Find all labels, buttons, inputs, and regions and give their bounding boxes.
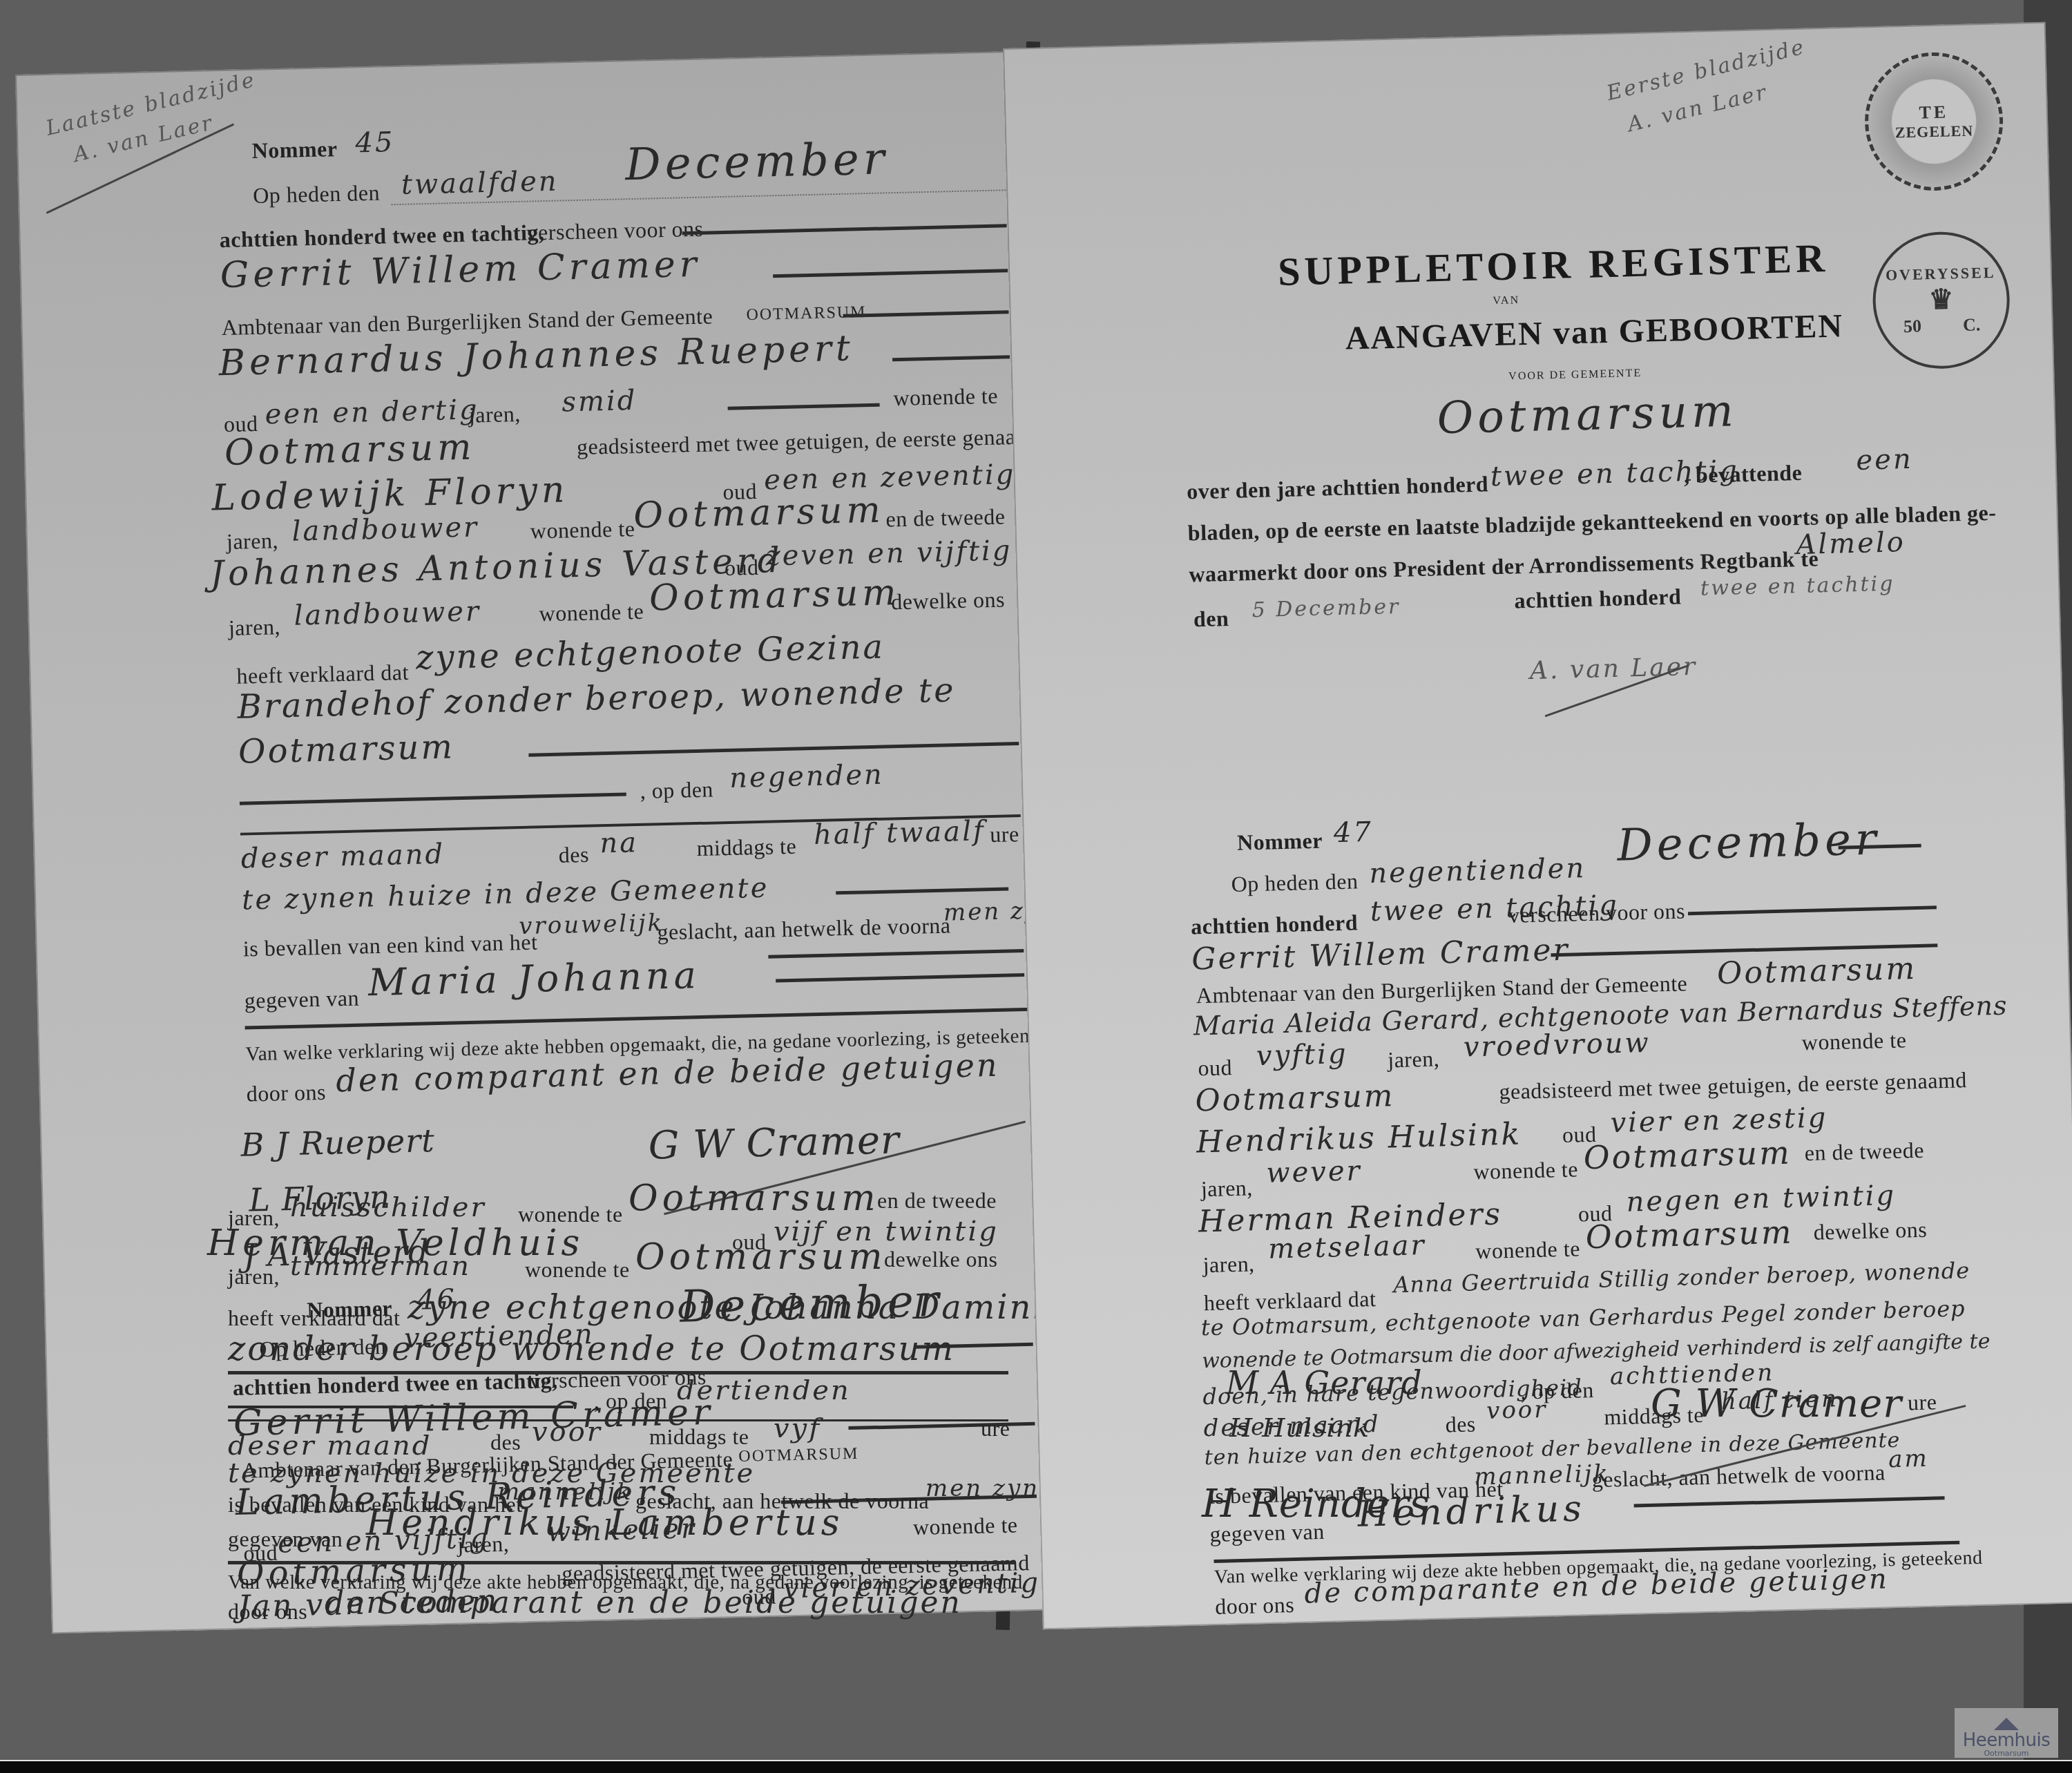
entry-46: Nommer 46 Op heden den veertienden Decem… bbox=[15, 50, 1037, 75]
seal-text-1: TE bbox=[1919, 102, 1948, 123]
gegeven-label: gegeven van bbox=[228, 1526, 343, 1552]
witness2-age: negen en twintig bbox=[1626, 1180, 1897, 1218]
fill-rule bbox=[728, 403, 880, 410]
witness1-residence: Ootmarsum bbox=[629, 1178, 880, 1219]
wonende-label: wonende te bbox=[525, 1257, 630, 1283]
jaren-label: jaren, bbox=[229, 614, 281, 641]
watermark-name: Heemhuis bbox=[1963, 1732, 2051, 1750]
door-ons-label: door ons bbox=[1215, 1592, 1295, 1620]
voornamen-suffix: am bbox=[1888, 1445, 1930, 1473]
register-title: SUPPLETOIR REGISTER bbox=[1277, 235, 1829, 295]
am-pm: voor bbox=[1486, 1396, 1548, 1425]
tax-stamp-value: 50 bbox=[1903, 316, 1922, 337]
mother-line-1: zyne echtgenoote Johanna Damink bbox=[407, 1288, 1055, 1327]
section-rule bbox=[228, 1561, 1015, 1564]
entry-47: Nommer 47 Op heden den negentienden Dece… bbox=[1003, 22, 2046, 48]
mother-line-1: zyne echtgenoote Gezina bbox=[415, 628, 885, 678]
child-name: Hendrikus Lambertus bbox=[366, 1502, 843, 1544]
heemhuis-watermark: Heemhuis Ootmarsum bbox=[1955, 1708, 2058, 1758]
van-label: VAN bbox=[1493, 294, 1519, 307]
birth-day: dertienden bbox=[677, 1374, 851, 1406]
official-name: Gerrit Willem Cramer bbox=[1191, 932, 1570, 977]
entry-number: 45 bbox=[355, 126, 395, 159]
bevattende-label: , bevattende bbox=[1684, 460, 1803, 488]
fill-rule bbox=[240, 792, 626, 805]
fill-rule bbox=[228, 1419, 1008, 1421]
witness2-residence: Ootmarsum bbox=[635, 1236, 887, 1278]
entry-month: December bbox=[1617, 814, 1881, 872]
declarant-age: vyftig bbox=[1256, 1038, 1348, 1072]
oud-label: oud bbox=[1198, 1055, 1232, 1081]
fill-rule bbox=[836, 887, 1008, 894]
gemeente-written: Ootmarsum bbox=[1717, 951, 1917, 991]
voor-de-gemeente-label: VOOR DE GEMEENTE bbox=[1508, 367, 1642, 383]
jaren-label: jaren, bbox=[228, 1264, 280, 1290]
declarant-residence: Ootmarsum bbox=[1195, 1078, 1395, 1118]
seal-stamp: TE ZEGELEN bbox=[1863, 50, 2005, 192]
official-name: Gerrit Willem Cramer bbox=[220, 244, 701, 296]
bevallen-label: is bevallen van een kind van het bbox=[242, 930, 537, 962]
entry-45: Nommer 45 Op heden den twaalfden Decembe… bbox=[15, 50, 1037, 75]
nummer-label: Nommer bbox=[251, 136, 338, 164]
declarant-occupation: vroedvrouw bbox=[1463, 1027, 1651, 1064]
voornamen-suffix: men zyn bbox=[925, 1475, 1039, 1502]
birth-day: negenden bbox=[729, 759, 885, 794]
cover-court-place: Almelo bbox=[1796, 526, 1906, 561]
fill-rule bbox=[528, 742, 1019, 757]
scan-bottom-band bbox=[0, 1760, 2072, 1773]
geadsisteerd-label: geadsisteerd met twee getuigen, de eerst… bbox=[1499, 1067, 1967, 1104]
signature-official: G W Cramer bbox=[1651, 1381, 1902, 1426]
op-den-label: , op den bbox=[640, 776, 713, 803]
wonende-label: wonende te bbox=[893, 383, 998, 412]
ure-label: ure bbox=[1908, 1389, 1937, 1415]
middags-label: middags te bbox=[696, 834, 796, 861]
des-label: des bbox=[558, 842, 589, 868]
fill-rule bbox=[773, 269, 1008, 278]
wonende-label: wonende te bbox=[530, 516, 635, 544]
cover-gemeente: Ootmarsum bbox=[1437, 385, 1738, 444]
child-sex: vrouwelijk bbox=[519, 909, 664, 940]
witness1-occupation: landbouwer bbox=[291, 511, 479, 547]
watermark-sub: Ootmarsum bbox=[1984, 1750, 2028, 1758]
signature-declarant: M A Gerard bbox=[1226, 1364, 1422, 1401]
am-pm: na bbox=[599, 827, 639, 859]
op-heden-label: Op heden den bbox=[253, 180, 381, 209]
witness1-residence: Ootmarsum bbox=[1583, 1134, 1792, 1177]
geadsisteerd-label: geadsisteerd met twee getuigen, de eerst… bbox=[577, 423, 1045, 460]
witness2-occupation: metselaar bbox=[1268, 1229, 1427, 1265]
middags-label: middags te bbox=[649, 1424, 749, 1450]
verklaard-label: heeft verklaard dat bbox=[228, 1305, 400, 1331]
cover-den-label: den bbox=[1193, 606, 1229, 632]
witness1-name: Hendrikus Hulsink bbox=[1196, 1117, 1522, 1160]
fill-rule bbox=[768, 949, 1024, 959]
op-den-label: , op den bbox=[594, 1388, 667, 1414]
mother-line-3: Ootmarsum bbox=[238, 727, 455, 771]
tweede-label: en de tweede bbox=[1804, 1138, 1924, 1166]
entry-day: negentienden bbox=[1369, 852, 1586, 890]
verscheen-label: verscheen voor ons bbox=[526, 216, 704, 246]
witness1-occupation: huisschilder bbox=[290, 1191, 486, 1223]
witness1-age: vier en zestig bbox=[1610, 1102, 1828, 1139]
section-rule bbox=[245, 1008, 1033, 1030]
jaren-label: jaren, bbox=[227, 528, 279, 555]
birth-time: vyf bbox=[774, 1412, 821, 1444]
house-roof-icon bbox=[1994, 1718, 2019, 1730]
entry-number: 47 bbox=[1333, 816, 1373, 849]
wonende-label: wonende te bbox=[912, 1512, 1017, 1540]
dewelke-label: dewelke ons bbox=[884, 1247, 998, 1272]
witness1-residence: Ootmarsum bbox=[633, 490, 885, 537]
fill-rule bbox=[892, 355, 1010, 361]
fill-rule bbox=[682, 224, 1007, 235]
register-subtitle: AANGAVEN van GEBOORTEN bbox=[1345, 307, 1844, 357]
ure-label: ure bbox=[981, 1416, 1010, 1441]
dewelke-label: dewelke ons bbox=[1813, 1217, 1927, 1245]
witness2-residence: Ootmarsum bbox=[1585, 1214, 1794, 1256]
witness1-occupation: wever bbox=[1266, 1155, 1362, 1189]
ure-label: ure bbox=[990, 821, 1019, 847]
witness2-residence: Ootmarsum bbox=[649, 572, 901, 620]
des-label: des bbox=[490, 1430, 521, 1455]
witness2-occupation: landbouwer bbox=[294, 595, 481, 631]
president-signature: A. van Laer bbox=[1530, 653, 1698, 685]
wonende-label: wonende te bbox=[539, 599, 644, 627]
cover-line4-printed: achttien honderd bbox=[1514, 584, 1682, 613]
geslacht-label: geslacht, aan hetwelk de voorna bbox=[657, 912, 951, 945]
fill-rule bbox=[1688, 905, 1937, 915]
signature-witness2: H Reinders bbox=[1202, 1482, 1430, 1526]
right-page: Eerste bladzijde A. van Laer TE ZEGELEN … bbox=[1003, 22, 2072, 1629]
cover-line4-year: twee en tachtig bbox=[1700, 572, 1895, 601]
cover-count: een bbox=[1856, 443, 1913, 477]
witness1-name: Lodewijk Floryn bbox=[211, 469, 569, 519]
fill-rule bbox=[843, 310, 1009, 318]
entry-month: December bbox=[624, 133, 889, 191]
dewelke-label: dewelke ons bbox=[891, 586, 1005, 615]
tweede-label: en de tweede bbox=[885, 504, 1006, 532]
entry-day: twaalfden bbox=[401, 166, 559, 201]
deser-maand: deser maand bbox=[240, 838, 445, 875]
year-printed: achttien honderd bbox=[1191, 910, 1359, 939]
signature-declarant: B J Ruepert bbox=[240, 1122, 435, 1164]
jaren-label: jaren, bbox=[1388, 1046, 1440, 1073]
jaren-label: jaren, bbox=[468, 401, 521, 428]
seal-text-2: ZEGELEN bbox=[1894, 122, 1973, 142]
child-sex: mannelijk bbox=[1474, 1459, 1610, 1491]
jaren-label: jaren, bbox=[1202, 1251, 1255, 1278]
signed-by: den comparant en de beide getuigen bbox=[325, 1585, 962, 1620]
mother-line-2: zonder beroep wonende te Ootmarsum bbox=[228, 1330, 955, 1368]
nummer-label: Nommer bbox=[1237, 828, 1323, 856]
crest-icon: ♛ bbox=[1928, 282, 1954, 316]
cover-line1-printed: over den jare achttien honderd bbox=[1187, 471, 1489, 504]
cover-date: 5 December bbox=[1251, 595, 1401, 622]
wonende-label: wonende te bbox=[1475, 1236, 1580, 1264]
fill-rule bbox=[228, 1371, 1008, 1374]
fill-rule bbox=[776, 973, 1024, 982]
declarant-residence: Ootmarsum bbox=[224, 426, 476, 474]
fill-rule bbox=[1634, 1496, 1945, 1507]
gegeven-label: gegeven van bbox=[244, 986, 359, 1014]
geslacht-label: geslacht, aan hetwelk de voorna bbox=[1591, 1459, 1886, 1493]
child-sex: mannelijk bbox=[497, 1478, 633, 1506]
left-page: Laatste bladzijde A. van Laer Nommer 45 … bbox=[15, 50, 1074, 1633]
birth-time: half twaalf bbox=[814, 815, 986, 851]
declarant-age: een en dertig bbox=[265, 394, 479, 430]
signature-witness1: H Hulsink bbox=[1229, 1412, 1370, 1443]
tax-stamp: OVERYSSEL ♛ 50 C. bbox=[1871, 230, 2011, 370]
witness2-age: zeven en vijftig bbox=[765, 535, 1013, 572]
jaren-label: jaren, bbox=[1200, 1175, 1253, 1202]
child-name: Maria Johanna bbox=[367, 953, 700, 1004]
door-ons-label: door ons bbox=[228, 1599, 307, 1625]
des-label: des bbox=[1445, 1411, 1476, 1437]
gemeente-printed: OOTMARSUM bbox=[738, 1445, 859, 1466]
signature-official: G W Cramer bbox=[648, 1118, 900, 1169]
tax-stamp-unit: C. bbox=[1963, 314, 1981, 336]
wonende-label: wonende te bbox=[1801, 1027, 1906, 1055]
wonende-label: wonende te bbox=[1473, 1156, 1578, 1185]
op-heden-label: Op heden den bbox=[1231, 868, 1359, 897]
verscheen-label: verscheen voor ons bbox=[1508, 898, 1686, 928]
birth-place: te zynen huize in deze Gemeente bbox=[242, 872, 769, 917]
tweede-label: en de tweede bbox=[877, 1188, 997, 1214]
declarant-occupation: smid bbox=[562, 385, 637, 419]
door-ons-label: door ons bbox=[246, 1080, 326, 1107]
birth-place: te zynen huize in deze Gemeente bbox=[228, 1457, 755, 1489]
fill-rule bbox=[228, 1406, 573, 1408]
witness2-occupation: timmerman bbox=[290, 1250, 471, 1282]
am-pm: voor bbox=[532, 1416, 602, 1448]
tax-stamp-province: OVERYSSEL bbox=[1886, 263, 1996, 284]
